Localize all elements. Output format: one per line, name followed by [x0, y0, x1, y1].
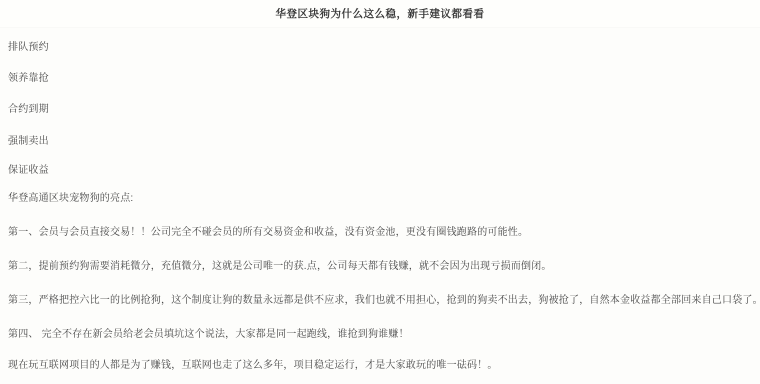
- section-heading: 华登高通区块宠物狗的亮点:: [8, 192, 133, 205]
- highlight-paragraph-4: 第四、 完全不存在新会员给老会员填坑这个说法，大家都是同一起跑线，谁抢到狗谁赚！: [8, 328, 409, 341]
- closing-line: 现在玩互联网项目的人都是为了赚钱，互联网也走了这么多年，项目稳定运行，才是大家敢…: [8, 359, 498, 372]
- article-title: 华登区块狗为什么这么稳，新手建议都看看: [0, 6, 760, 21]
- feature-line-contract-expiry: 合约到期: [8, 103, 49, 116]
- feature-line-forced-sell: 强制卖出: [8, 135, 49, 148]
- highlight-paragraph-1: 第一、会员与会员直接交易！！公司完全不碰会员的所有交易资金和收益，没有资金池，更…: [8, 226, 528, 239]
- feature-line-queue-booking: 排队预约: [8, 41, 49, 54]
- feature-line-guaranteed-return: 保证收益: [8, 164, 49, 177]
- highlight-paragraph-2: 第二，提前预约狗需要消耗微分，充值微分，这就是公司唯一的获.点，公司每天都有钱赚…: [8, 260, 552, 273]
- feature-line-adopt-grab: 领养靠抢: [8, 72, 49, 85]
- article-page: 华登区块狗为什么这么稳，新手建议都看看 排队预约 领养靠抢 合约到期 强制卖出 …: [0, 0, 760, 384]
- highlight-paragraph-3: 第三，严格把控六比一的比例抢狗，这个制度让狗的数量永远都是供不应求，我们也就不用…: [8, 294, 760, 307]
